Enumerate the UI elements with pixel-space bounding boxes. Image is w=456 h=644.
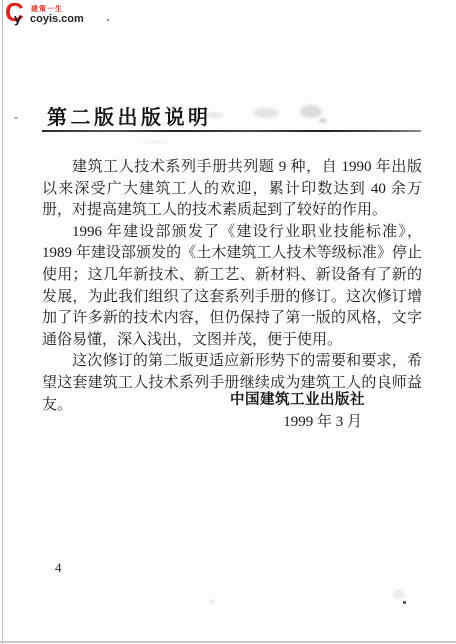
- scan-artifact: [140, 141, 170, 143]
- paragraph-1: 建筑工人技术系列手册共列题 9 种，自 1990 年出版以来深受广大建筑工人的欢…: [42, 157, 422, 222]
- colophon: 中国建筑工业出版社 1999 年 3 月: [230, 389, 365, 433]
- scan-artifact: [403, 601, 406, 604]
- page-title: 第二版出版说明: [47, 101, 212, 130]
- scan-artifact: [393, 590, 405, 599]
- scan-artifact: [14, 117, 18, 119]
- publication-date: 1999 年 3 月: [230, 411, 365, 433]
- scan-edge-bottom: [0, 641, 456, 643]
- scan-artifact: [107, 19, 109, 21]
- paragraph-2: 1996 年建设部颁发了《建设行业职业技能标准》，1989 年建设部颁发的《土木…: [42, 222, 422, 352]
- scan-edge-left: [2, 0, 3, 644]
- page-number: 4: [55, 560, 62, 576]
- watermark-domain: coyis.com: [30, 13, 84, 25]
- scanned-book-page: C y 建策一生 coyis.com 第二版出版说明 建筑工人技术系列手册共列题…: [0, 0, 456, 644]
- scan-artifact: [210, 600, 215, 603]
- scan-artifact: [319, 118, 327, 123]
- body-text: 建筑工人技术系列手册共列题 9 种，自 1990 年出版以来深受广大建筑工人的欢…: [42, 157, 422, 416]
- publisher-name: 中国建筑工业出版社: [230, 389, 365, 411]
- scan-artifact: [253, 108, 279, 118]
- title-rule: [42, 130, 421, 132]
- scan-artifact: [300, 105, 322, 118]
- watermark-logo-y-icon: y: [14, 12, 21, 25]
- site-watermark: C y 建策一生 coyis.com: [5, 3, 115, 31]
- scan-artifact: [205, 112, 223, 118]
